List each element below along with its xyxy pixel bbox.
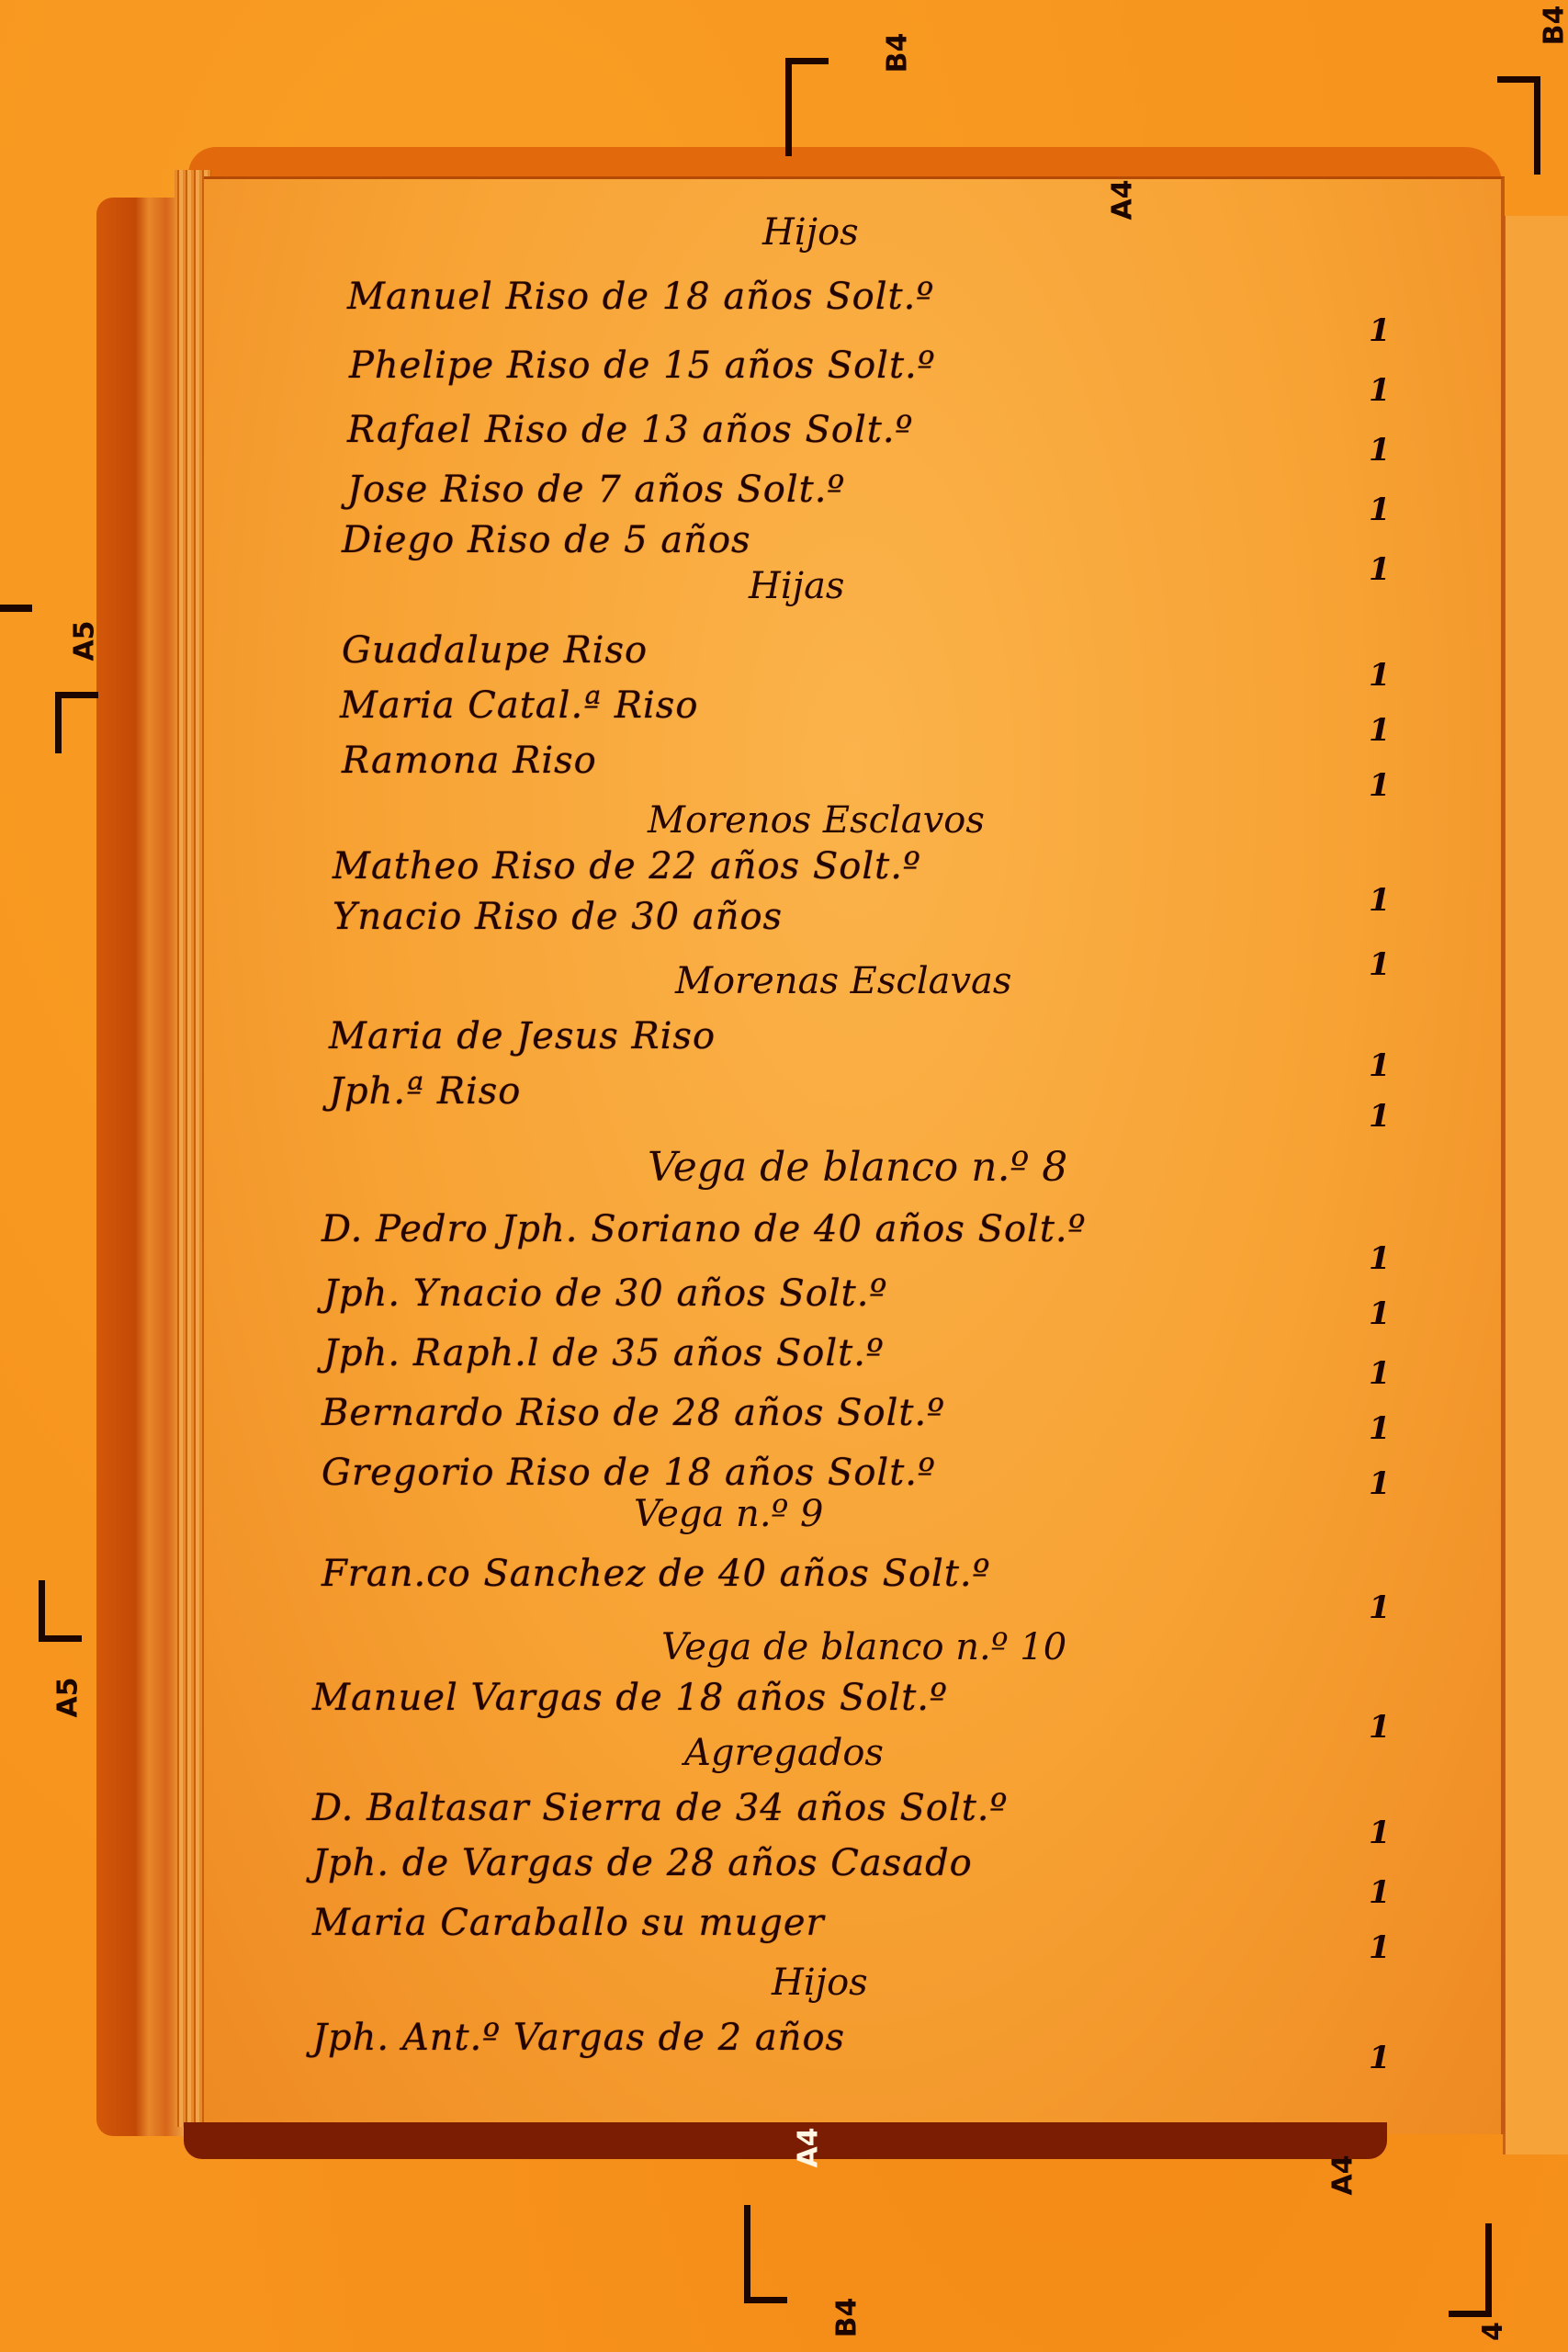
tally-mark: 1 — [1369, 432, 1391, 469]
entry-line: Jph. de Vargas de 28 años Casado — [312, 1842, 973, 1884]
entry-line: Guadalupe Riso — [342, 629, 648, 672]
marker-a5-lower: A5 — [52, 1677, 85, 1717]
entry-line: Manuel Vargas de 18 años Solt.º — [312, 1677, 948, 1719]
entry-line: Gregorio Riso de 18 años Solt.º — [321, 1452, 936, 1494]
tally-mark: 1 — [1369, 1047, 1391, 1084]
entry-line: Jph. Ant.º Vargas de 2 años — [312, 2017, 845, 2059]
entry-line: Jose Riso de 7 años Solt.º — [347, 469, 845, 511]
tally-mark: 1 — [1369, 1589, 1391, 1626]
section-heading: Vega de blanco n.º 8 — [648, 1144, 1067, 1191]
marker-b4-bottom: B4 — [830, 2298, 863, 2338]
marker-b4-top-right: B4 — [1538, 6, 1568, 46]
entry-line: Ramona Riso — [342, 740, 597, 782]
entry-line: Bernardo Riso de 28 años Solt.º — [321, 1392, 945, 1434]
entry-line: D. Pedro Jph. Soriano de 40 años Solt.º — [321, 1208, 1086, 1250]
entry-line: Maria Caraballo su muger — [312, 1902, 825, 1944]
tally-mark: 1 — [1369, 1815, 1391, 1851]
section-heading: Vega n.º 9 — [634, 1493, 824, 1535]
section-heading: Morenas Esclavas — [675, 960, 1011, 1002]
section-heading: Hijos — [772, 1962, 868, 2004]
tally-mark: 1 — [1369, 1929, 1391, 1966]
entry-line: Ynacio Riso de 30 años — [333, 896, 783, 938]
entry-line: D. Baltasar Sierra de 34 años Solt.º — [312, 1787, 1008, 1829]
tally-mark: 1 — [1369, 946, 1391, 983]
section-heading: Hijas — [749, 565, 844, 607]
entry-line: Maria Catal.ª Riso — [340, 684, 698, 727]
marker-a4-top: A4 — [1107, 179, 1139, 220]
tally-mark: 1 — [1369, 882, 1391, 919]
entry-line: Jph.ª Riso — [329, 1070, 521, 1113]
tally-mark: 1 — [1369, 2040, 1391, 2076]
tally-mark: 1 — [1369, 1240, 1391, 1277]
marker-b4-top: B4 — [881, 33, 913, 73]
crop-bracket-left-lower — [39, 1580, 82, 1642]
section-heading: Vega de blanco n.º 10 — [661, 1626, 1066, 1668]
tally-mark: 1 — [1369, 712, 1391, 749]
crop-bracket-top-left — [785, 58, 829, 156]
facing-page — [1503, 216, 1568, 2154]
tally-mark: 1 — [1369, 551, 1391, 588]
marker-a4-bottom-right: A4 — [1327, 2154, 1359, 2195]
section-heading: Morenos Esclavos — [648, 799, 985, 842]
marker-4-bottom: 4 — [1477, 2322, 1509, 2341]
tally-mark: 1 — [1369, 1295, 1391, 1332]
entry-line: Matheo Riso de 22 años Solt.º — [333, 845, 921, 888]
entry-line: Jph. Ynacio de 30 años Solt.º — [323, 1272, 887, 1315]
tally-mark: 1 — [1369, 492, 1391, 528]
tally-mark: 1 — [1369, 1098, 1391, 1135]
tally-mark: 1 — [1369, 1410, 1391, 1447]
tick-mark — [0, 605, 32, 612]
book-spine — [96, 198, 184, 2136]
entry-line: Phelipe Riso de 15 años Solt.º — [349, 345, 936, 387]
entry-line: Fran.co Sanchez de 40 años Solt.º — [321, 1553, 990, 1595]
crop-bracket-bottom-right — [1449, 2223, 1492, 2317]
tally-mark: 1 — [1369, 1874, 1391, 1911]
entry-line: Jph. Raph.l de 35 años Solt.º — [323, 1332, 885, 1374]
crop-bracket-top-right — [1497, 76, 1540, 175]
crop-bracket-bottom-left — [744, 2205, 787, 2303]
tally-mark: 1 — [1369, 767, 1391, 804]
page-bottom-shadow — [184, 2122, 1387, 2159]
entry-line: Manuel Riso de 18 años Solt.º — [347, 276, 934, 318]
section-heading: Agregados — [684, 1732, 884, 1774]
entry-line: Rafael Riso de 13 años Solt.º — [347, 409, 913, 451]
tally-mark: 1 — [1369, 1355, 1391, 1392]
entry-line: Diego Riso de 5 años — [342, 519, 751, 561]
crop-bracket-left-upper — [55, 692, 98, 753]
tally-mark: 1 — [1369, 372, 1391, 409]
tally-mark: 1 — [1369, 1709, 1391, 1746]
tally-mark: 1 — [1369, 1465, 1391, 1502]
marker-a5-upper: A5 — [69, 620, 101, 661]
section-heading: Hijos — [762, 211, 859, 254]
tally-mark: 1 — [1369, 312, 1391, 349]
entry-line: Maria de Jesus Riso — [329, 1015, 716, 1057]
marker-a4-bottom-left: A4 — [793, 2127, 825, 2167]
tally-mark: 1 — [1369, 657, 1391, 694]
